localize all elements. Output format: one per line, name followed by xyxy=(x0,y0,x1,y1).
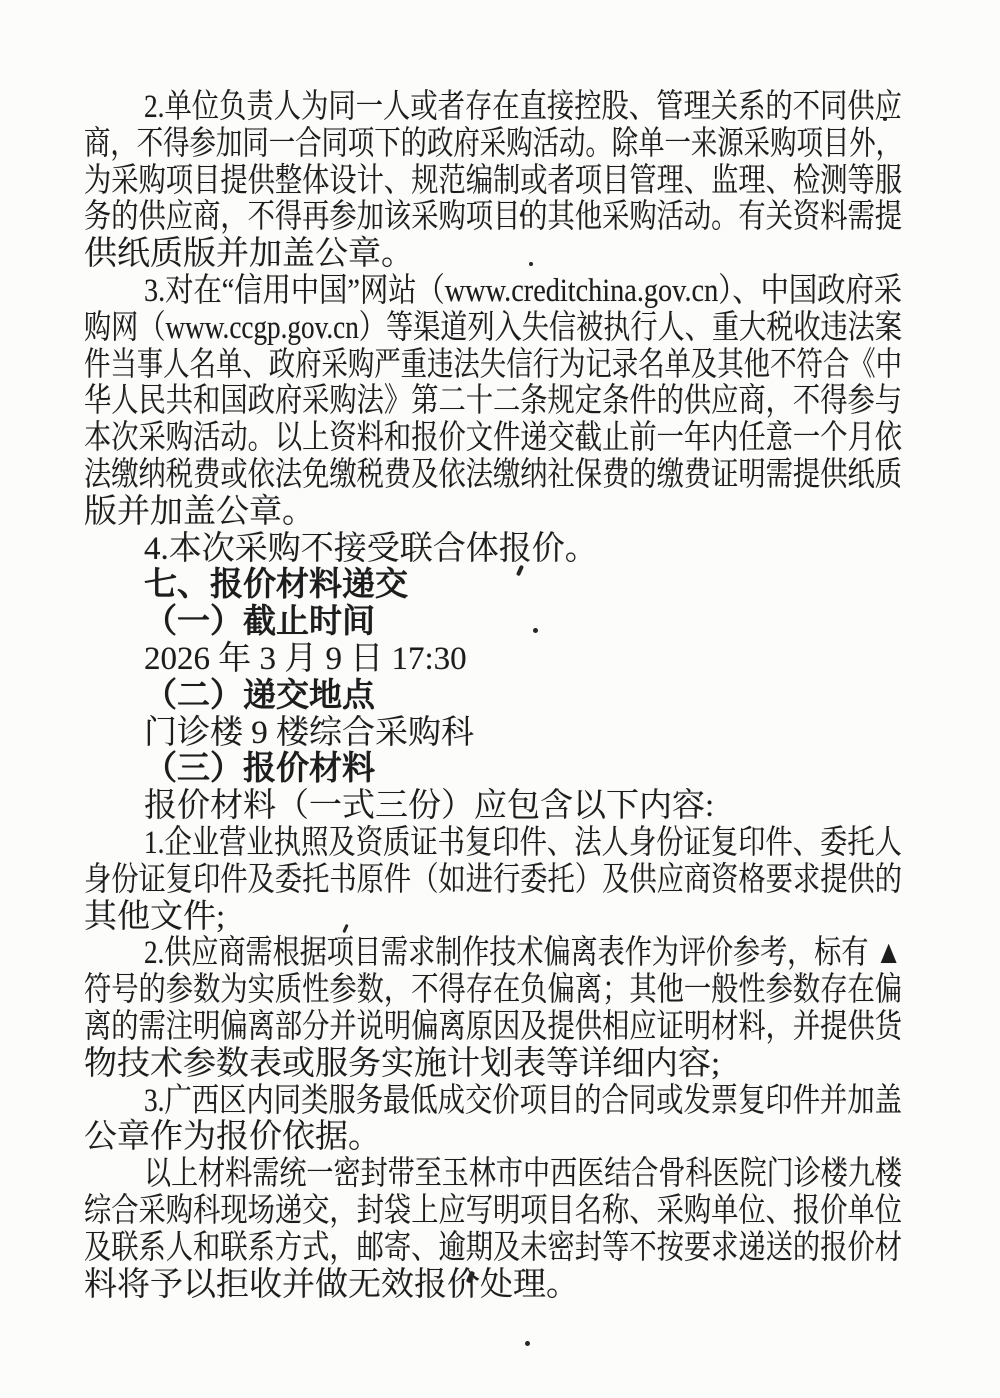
scan-speck xyxy=(883,117,887,121)
line-text: （二）递交地点 xyxy=(144,678,375,715)
line-text: 身份证复印件及委托书原件（如进行委托）及供应商资格要求提供的 xyxy=(84,862,902,899)
line-text: 件当事人名单、政府采购严重违法失信行为记录名单及其他不符合《中 xyxy=(84,347,902,384)
line-text: 供纸质版并加盖公章。 xyxy=(84,236,414,273)
section-heading-line: 七、报价材料递交 xyxy=(84,567,902,604)
paragraph-line: 及联系人和联系方式，邮寄、逾期及未密封等不按要求递送的报价材 xyxy=(84,1230,902,1267)
line-text: 其他文件; xyxy=(84,899,225,936)
paragraph-line: 料将予以拒收并做无效报价处理。 xyxy=(84,1267,902,1304)
paragraph-line: 离的需注明偏离部分并说明偏离原因及提供相应证明材料，并提供货 xyxy=(84,1009,902,1046)
line-text: 3.广西区内同类服务最低成交价项目的合同或发票复印件并加盖 xyxy=(144,1083,902,1120)
line-text: 2.单位负责人为同一人或者存在直接控股、管理关系的不同供应 xyxy=(144,89,902,126)
paragraph-line: 物技术参数表或服务实施计划表等详细内容; xyxy=(84,1046,902,1083)
line-text: 综合采购科现场递交，封袋上应写明项目名称、采购单位、报价单位 xyxy=(84,1193,902,1230)
section-heading-line: （一）截止时间 xyxy=(84,604,902,641)
paragraph-line: 版并加盖公章。 xyxy=(84,494,902,531)
paragraph-line: 商，不得参加同一合同项下的政府采购活动。除单一来源采购项目外， xyxy=(84,126,902,163)
paragraph-line: 华人民共和国政府采购法》第二十二条规定条件的供应商，不得参与 xyxy=(84,383,902,420)
line-text: 2.供应商需根据项目需求制作技术偏离表作为评价参考，标有 ▲ xyxy=(144,935,902,972)
paragraph-line: 供纸质版并加盖公章。 xyxy=(84,236,902,273)
paragraph-line: 1.企业营业执照及资质证书复印件、法人身份证复印件、委托人 xyxy=(84,825,902,862)
paragraph-line: 公章作为报价依据。 xyxy=(84,1119,902,1156)
paragraph-line: 综合采购科现场递交，封袋上应写明项目名称、采购单位、报价单位 xyxy=(84,1193,902,1230)
line-text: （一）截止时间 xyxy=(144,604,375,641)
paragraph-line: 为采购项目提供整体设计、规范编制或者项目管理、监理、检测等服 xyxy=(84,163,902,200)
line-text: 本次采购活动。以上资料和报价文件递交截止前一年内任意一个月依 xyxy=(84,420,902,457)
line-text: 华人民共和国政府采购法》第二十二条规定条件的供应商，不得参与 xyxy=(84,383,902,420)
line-text: 以上材料需统一密封带至玉林市中西医结合骨科医院门诊楼九楼 xyxy=(144,1156,902,1193)
location-value-line: 门诊楼 9 楼综合采购科 xyxy=(84,715,902,752)
scan-speck xyxy=(533,628,538,633)
paragraph-line: 以上材料需统一密封带至玉林市中西医结合骨科医院门诊楼九楼 xyxy=(84,1156,902,1193)
deadline-value-line: 2026 年 3 月 9 日 17:30 xyxy=(84,641,902,678)
document-text-block: 2.单位负责人为同一人或者存在直接控股、管理关系的不同供应 商，不得参加同一合同… xyxy=(84,89,902,1303)
line-text: 为采购项目提供整体设计、规范编制或者项目管理、监理、检测等服 xyxy=(84,163,902,200)
line-text: 购网（www.ccgp.gov.cn）等渠道列入失信被执行人、重大税收违法案 xyxy=(84,310,902,347)
scan-speck xyxy=(529,262,533,266)
scanned-document-page: 2.单位负责人为同一人或者存在直接控股、管理关系的不同供应 商，不得参加同一合同… xyxy=(0,0,1000,1398)
paragraph-line: 件当事人名单、政府采购严重违法失信行为记录名单及其他不符合《中 xyxy=(84,347,902,384)
paragraph-line: 法缴纳税费或依法免缴税费及依法缴纳社保费的缴费证明需提供纸质 xyxy=(84,457,902,494)
line-text: 报价材料（一式三份）应包含以下内容: xyxy=(144,788,714,825)
paragraph-line: 其他文件; xyxy=(84,899,902,936)
line-text: 版并加盖公章。 xyxy=(84,494,315,531)
line-text: 门诊楼 9 楼综合采购科 xyxy=(144,715,474,752)
paragraph-line: 2.单位负责人为同一人或者存在直接控股、管理关系的不同供应 xyxy=(84,89,902,126)
paragraph-line: 3.广西区内同类服务最低成交价项目的合同或发票复印件并加盖 xyxy=(84,1083,902,1120)
line-text: （三）报价材料 xyxy=(144,751,375,788)
paragraph-line: 4.本次采购不接受联合体报价。 xyxy=(84,531,902,568)
line-text: 3.对在“信用中国”网站（www.creditchina.gov.cn）、中国政… xyxy=(144,273,902,310)
scan-speck xyxy=(525,1341,530,1346)
paragraph-line: 3.对在“信用中国”网站（www.creditchina.gov.cn）、中国政… xyxy=(84,273,902,310)
section-heading-line: （三）报价材料 xyxy=(84,751,902,788)
line-text: 1.企业营业执照及资质证书复印件、法人身份证复印件、委托人 xyxy=(144,825,902,862)
line-text: 及联系人和联系方式，邮寄、逾期及未密封等不按要求递送的报价材 xyxy=(84,1230,902,1267)
line-text: 2026 年 3 月 9 日 17:30 xyxy=(144,641,467,678)
paragraph-line: 2.供应商需根据项目需求制作技术偏离表作为评价参考，标有 ▲ xyxy=(84,935,902,972)
line-text: 七、报价材料递交 xyxy=(144,567,408,604)
line-text: 离的需注明偏离部分并说明偏离原因及提供相应证明材料，并提供货 xyxy=(84,1009,902,1046)
paragraph-line: 报价材料（一式三份）应包含以下内容: xyxy=(84,788,902,825)
line-text: 4.本次采购不接受联合体报价。 xyxy=(144,531,598,568)
line-text: 商，不得参加同一合同项下的政府采购活动。除单一来源采购项目外， xyxy=(84,126,902,163)
line-text: 符号的参数为实质性参数，不得存在负偏离；其他一般性参数存在偏 xyxy=(84,972,902,1009)
line-text: 料将予以拒收并做无效报价处理。 xyxy=(84,1267,579,1304)
line-text: 法缴纳税费或依法免缴税费及依法缴纳社保费的缴费证明需提供纸质 xyxy=(84,457,902,494)
line-text: 务的供应商，不得再参加该采购项目的其他采购活动。有关资料需提 xyxy=(84,199,902,236)
paragraph-line: 购网（www.ccgp.gov.cn）等渠道列入失信被执行人、重大税收违法案 xyxy=(84,310,902,347)
paragraph-line: 务的供应商，不得再参加该采购项目的其他采购活动。有关资料需提 xyxy=(84,199,902,236)
line-text: 公章作为报价依据。 xyxy=(84,1119,381,1156)
section-heading-line: （二）递交地点 xyxy=(84,678,902,715)
paragraph-line: 符号的参数为实质性参数，不得存在负偏离；其他一般性参数存在偏 xyxy=(84,972,902,1009)
line-text: 物技术参数表或服务实施计划表等详细内容; xyxy=(84,1046,720,1083)
paragraph-line: 身份证复印件及委托书原件（如进行委托）及供应商资格要求提供的 xyxy=(84,862,902,899)
paragraph-line: 本次采购活动。以上资料和报价文件递交截止前一年内任意一个月依 xyxy=(84,420,902,457)
